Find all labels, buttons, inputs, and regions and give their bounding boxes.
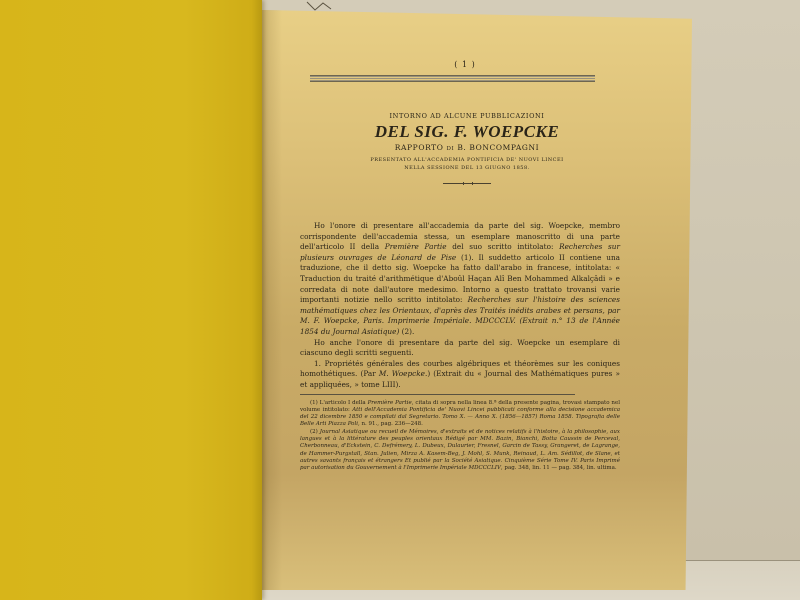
paragraph-1: Ho l'onore di presentare all'accademia d… (300, 221, 620, 338)
ornament-divider (443, 182, 491, 185)
main-title: DEL SIG. F. WOEPCKE (314, 122, 620, 142)
author-di: DI (447, 146, 455, 152)
pre-title: INTORNO AD ALCUNE PUBBLICAZIONI (314, 112, 620, 120)
header-rule (310, 75, 595, 82)
footnote-2: (2) Journal Asiatique ou recueil de Mémo… (300, 429, 620, 473)
wall-mark (305, 0, 335, 12)
body-text: Ho l'onore di presentare all'accademia d… (300, 221, 620, 391)
paragraph-3: 1. Propriétés générales des courbes algé… (300, 359, 620, 391)
page-number: ( 1 ) (310, 60, 620, 69)
page-shadow (262, 10, 282, 590)
author-name: B. BONCOMPAGNI (457, 143, 539, 152)
footnotes: (1) L'articolo I della Première Partie, … (300, 400, 620, 473)
presented-note: PRESENTATO ALL'ACCADEMIA PONTIFICIA DE' … (314, 156, 620, 172)
footnote-1: (1) L'articolo I della Première Partie, … (300, 400, 620, 429)
paragraph-2: Ho anche l'onore di presentare da parte … (300, 338, 620, 359)
title-block: INTORNO AD ALCUNE PUBBLICAZIONI DEL SIG.… (314, 112, 620, 185)
page-content: ( 1 ) INTORNO AD ALCUNE PUBBLICAZIONI DE… (300, 60, 620, 472)
footnote-rule (300, 394, 575, 395)
author-line: RAPPORTO DI B. BONCOMPAGNI (314, 143, 620, 152)
presented-line-2: NELLA SESSIONE DEL 13 GIUGNO 1858. (314, 164, 620, 172)
author-prefix: RAPPORTO (395, 143, 444, 152)
yellow-cover (0, 0, 262, 600)
presented-line-1: PRESENTATO ALL'ACCADEMIA PONTIFICIA DE' … (314, 156, 620, 164)
